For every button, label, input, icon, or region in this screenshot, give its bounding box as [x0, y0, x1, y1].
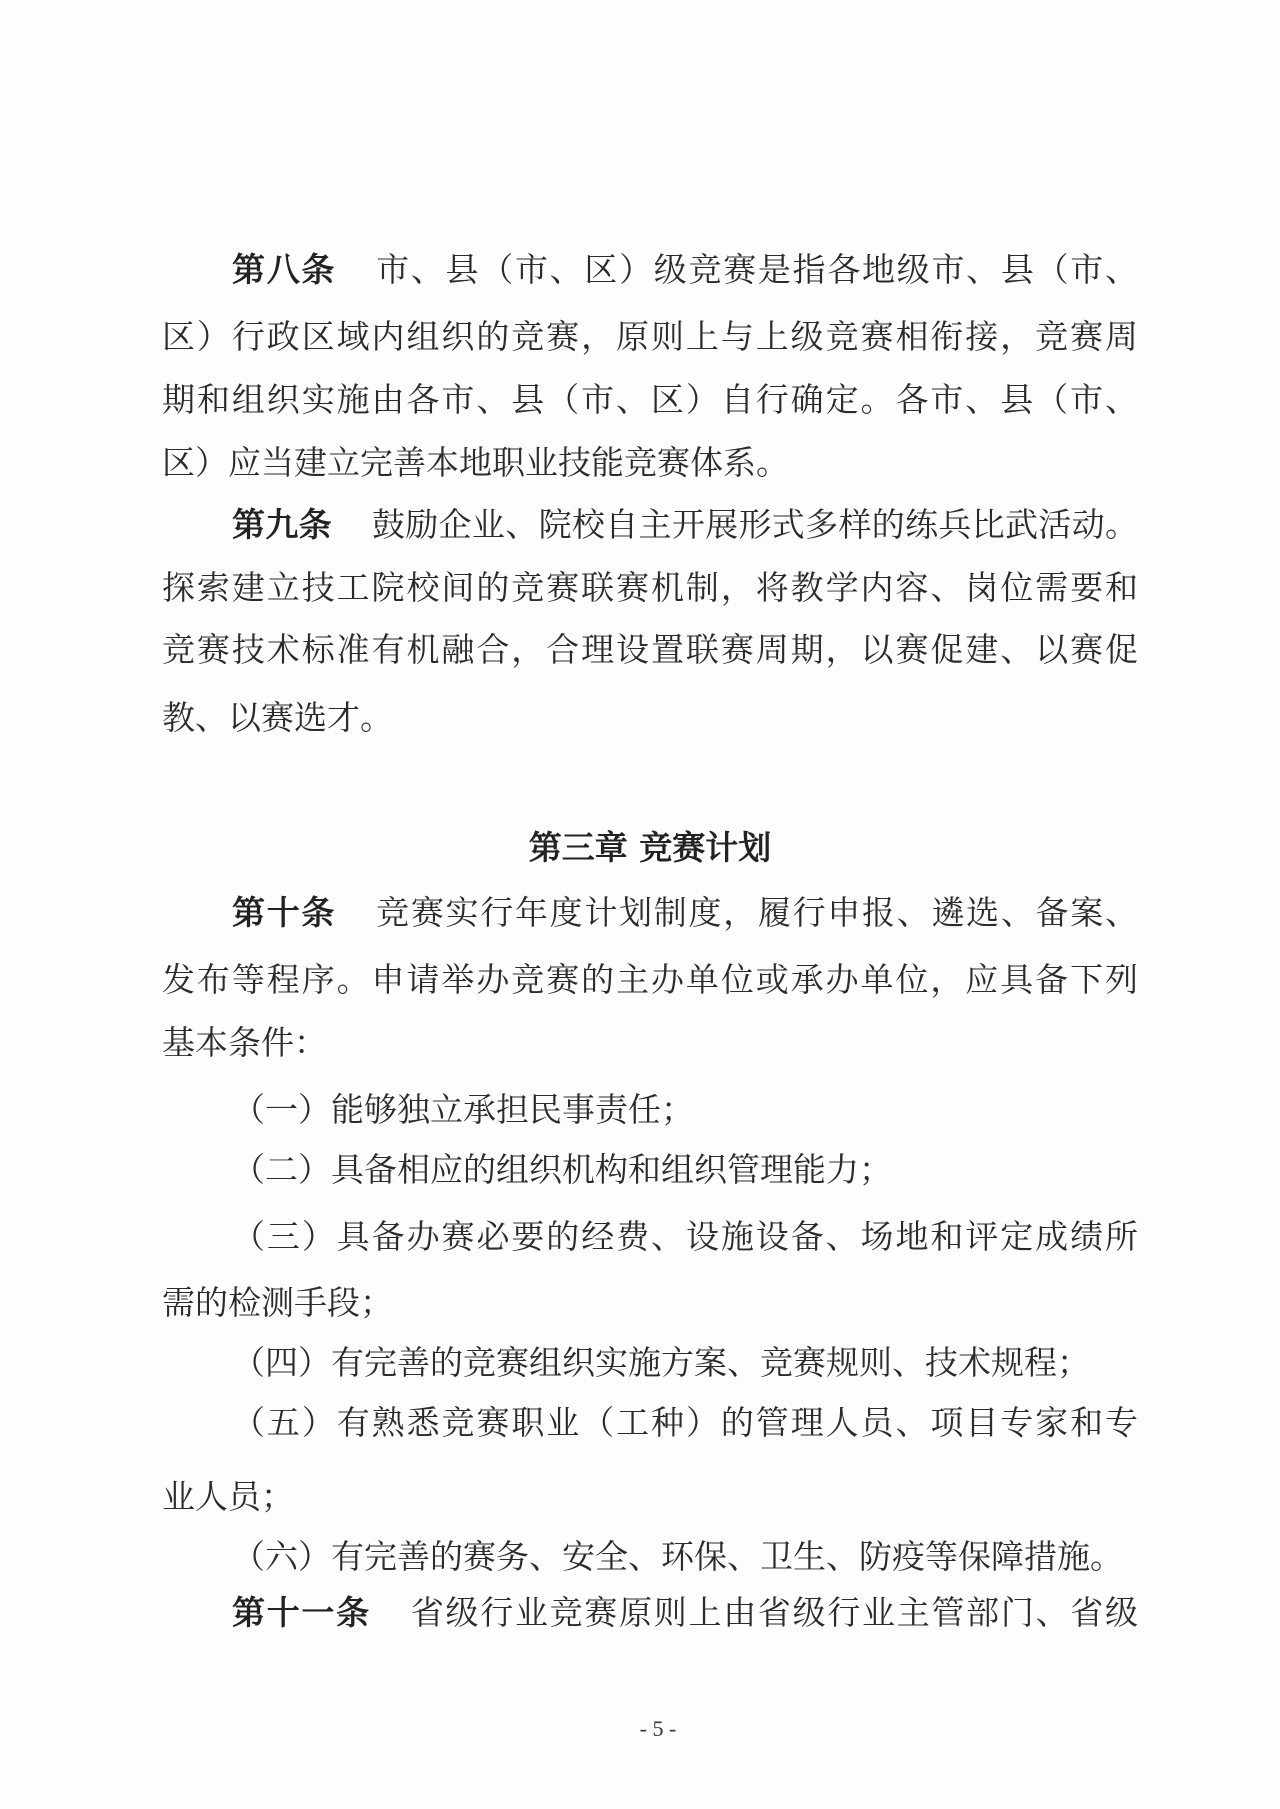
- article-9-line-1: 第九条鼓励企业、院校自主开展形式多样的练兵比武活动。: [232, 503, 1138, 547]
- article-11-text: 省级行业竞赛原则上由省级行业主管部门、省级: [411, 1593, 1138, 1632]
- article-10-line-3: 基本条件：: [162, 1021, 1138, 1065]
- article-8-line-3: 期和组织实施由各市、县（市、区）自行确定。各市、县（市、: [162, 378, 1138, 422]
- condition-2: （二）具备相应的组织机构和组织管理能力；: [232, 1148, 1138, 1192]
- article-9-text: 鼓励企业、院校自主开展形式多样的练兵比武活动。: [372, 505, 1138, 544]
- article-9-line-2: 探索建立技工院校间的竞赛联赛机制，将教学内容、岗位需要和: [162, 566, 1138, 610]
- condition-1: （一）能够独立承担民事责任；: [232, 1088, 1138, 1132]
- article-11-label: 第十一条: [232, 1593, 371, 1632]
- article-9-label: 第九条: [232, 505, 332, 544]
- article-8-line-1: 第八条市、县（市、区）级竞赛是指各地级市、县（市、: [232, 248, 1138, 292]
- article-8-line-4: 区）应当建立完善本地职业技能竞赛体系。: [162, 441, 1138, 485]
- article-8-label: 第八条: [232, 250, 336, 289]
- article-8-text: 市、县（市、区）级竞赛是指各地级市、县（市、: [376, 250, 1138, 289]
- article-8-line-2: 区）行政区域内组织的竞赛，原则上与上级竞赛相衔接，竞赛周: [162, 315, 1138, 359]
- condition-4: （四）有完善的竞赛组织实施方案、竞赛规则、技术规程；: [232, 1341, 1138, 1385]
- chapter-heading: 第三章 竞赛计划: [0, 826, 1280, 870]
- document-page: 第八条市、县（市、区）级竞赛是指各地级市、县（市、 区）行政区域内组织的竞赛，原…: [0, 0, 1280, 1809]
- article-10-text: 竞赛实行年度计划制度，履行申报、遴选、备案、: [376, 893, 1138, 932]
- condition-6: （六）有完善的赛务、安全、环保、卫生、防疫等保障措施。: [232, 1535, 1138, 1579]
- condition-5-line-2: 业人员；: [162, 1475, 1138, 1519]
- condition-3-line-2: 需的检测手段；: [162, 1281, 1138, 1325]
- page-number: - 5 -: [0, 1716, 1280, 1742]
- article-10-line-2: 发布等程序。申请举办竞赛的主办单位或承办单位，应具备下列: [162, 958, 1138, 1002]
- article-9-line-3: 竞赛技术标准有机融合，合理设置联赛周期，以赛促建、以赛促: [162, 628, 1138, 672]
- condition-3-line-1: （三）具备办赛必要的经费、设施设备、场地和评定成绩所: [232, 1215, 1138, 1259]
- article-10-label: 第十条: [232, 893, 336, 932]
- condition-5-line-1: （五）有熟悉竞赛职业（工种）的管理人员、项目专家和专: [232, 1401, 1138, 1445]
- article-11-line-1: 第十一条省级行业竞赛原则上由省级行业主管部门、省级: [232, 1591, 1138, 1635]
- article-10-line-1: 第十条竞赛实行年度计划制度，履行申报、遴选、备案、: [232, 891, 1138, 935]
- article-9-line-4: 教、以赛选才。: [162, 696, 1138, 740]
